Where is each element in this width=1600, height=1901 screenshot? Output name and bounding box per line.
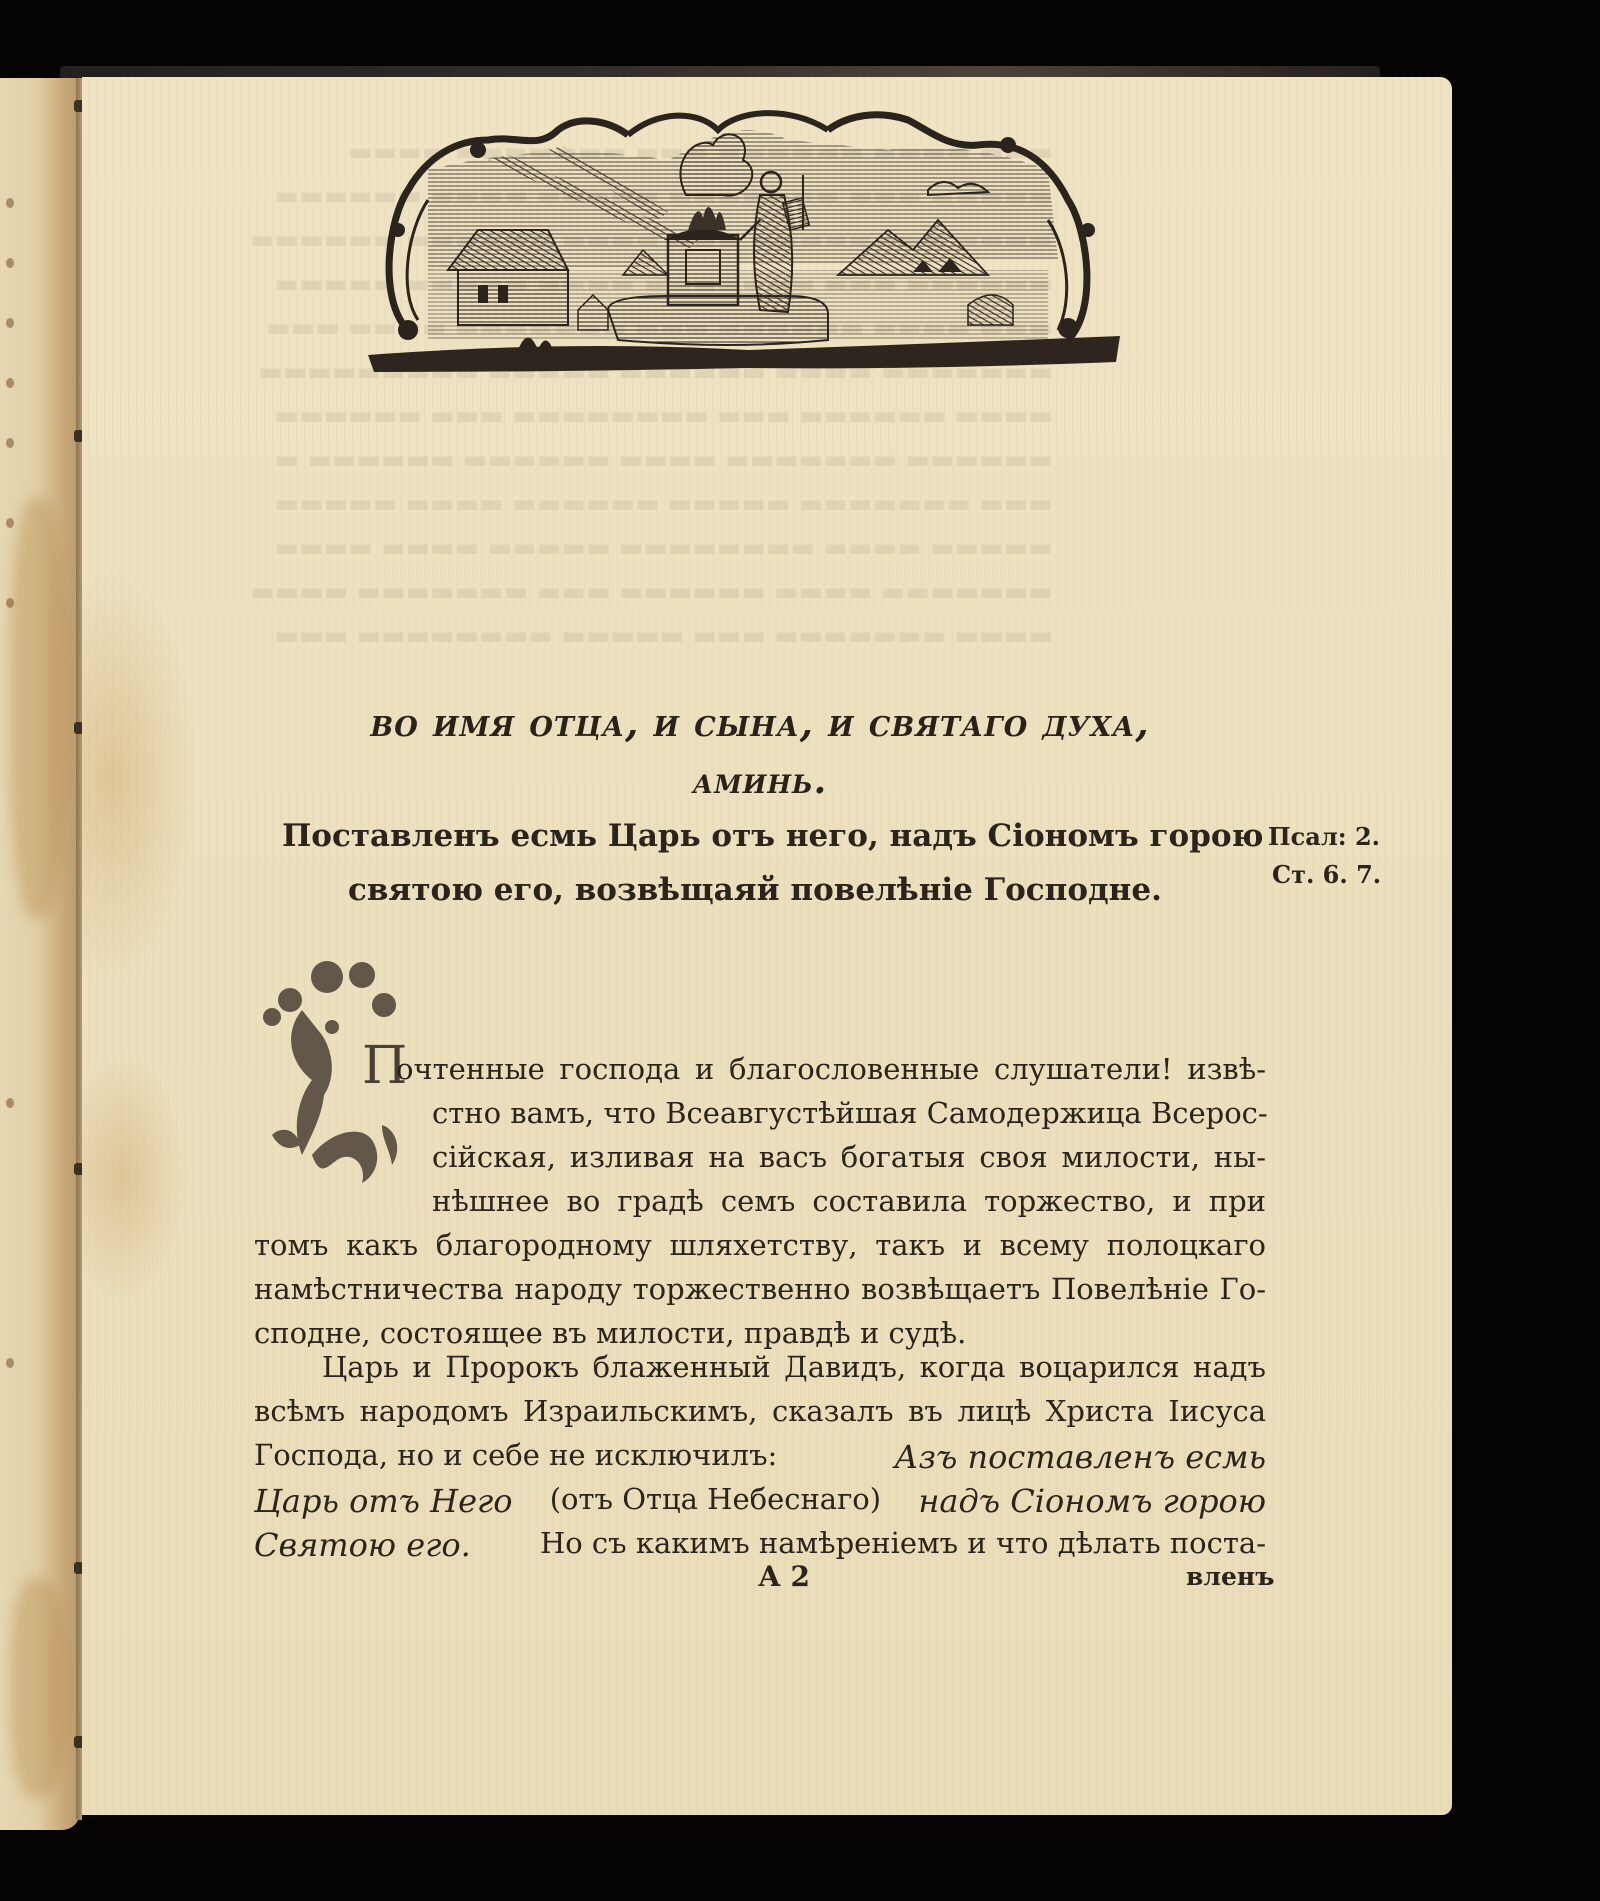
paragraph2-text: (отъ Отца Небеснаго) xyxy=(550,1482,881,1520)
signature-mark: А 2 xyxy=(758,1560,810,1593)
binding-hole xyxy=(6,258,14,268)
paragraph1-line: стно вамъ, что Всеавгустѣйшая Самодержиц… xyxy=(432,1096,1266,1130)
binding-hole xyxy=(6,378,14,388)
paragraph1-line: нѣшнее во градѣ семъ составила торжество… xyxy=(432,1184,1266,1218)
invocation-heading: во имя отца, и сына, и святаго духа, xyxy=(240,700,1280,745)
paragraph1-line: сійская, изливая на васъ богатыя своя ми… xyxy=(432,1140,1266,1174)
margin-note-verse: Ст. 6. 7. xyxy=(1272,860,1381,889)
binding-hole xyxy=(6,598,14,608)
water-stain xyxy=(10,498,65,918)
scripture-quote: Святою его. xyxy=(254,1526,471,1564)
paragraph2-text: Но съ какимъ намѣреніемъ и что дѣлать по… xyxy=(540,1526,1266,1564)
binding-hole xyxy=(6,1358,14,1368)
paragraph2-line: Святою его. Но съ какимъ намѣреніемъ и ч… xyxy=(254,1526,1266,1564)
binding-hole xyxy=(6,198,14,208)
left-page-edge xyxy=(0,78,80,1830)
epigraph-line-1: Поставленъ есмь Царь отъ него, надъ Сіон… xyxy=(282,818,1252,854)
catchword: вленъ xyxy=(1186,1562,1274,1591)
scripture-quote: Азъ поставленъ есмь xyxy=(894,1438,1266,1476)
margin-note-psalm: Псал: 2. xyxy=(1268,822,1380,851)
binding-hole xyxy=(6,518,14,528)
paragraph2-line: Царь и Пророкъ блаженный Давидъ, когда в… xyxy=(322,1350,1266,1384)
scripture-quote: надъ Сіономъ горою xyxy=(918,1482,1266,1520)
paragraph1-line: очтенные господа и благословенные слушат… xyxy=(396,1052,1266,1086)
invocation-amen: аминь. xyxy=(240,760,1280,802)
binding-hole xyxy=(6,1098,14,1108)
paragraph2-line: Господа, но и себе не исключилъ: Азъ пос… xyxy=(254,1438,1266,1476)
woodcut-vignette-icon xyxy=(368,100,1120,376)
binding-hole xyxy=(6,438,14,448)
scripture-quote: Царь отъ Него xyxy=(254,1482,512,1520)
paragraph2-text: Господа, но и себе не исключилъ: xyxy=(254,1438,777,1476)
binding-hole xyxy=(6,318,14,328)
paragraph1-line: намѣстничества народу торжественно возвѣ… xyxy=(254,1272,1266,1306)
paragraph1-line: сподне, состоящее въ милости, правдѣ и с… xyxy=(254,1316,966,1350)
epigraph-line-2: святою его, возвѣщаяй повелѣніе Господне… xyxy=(348,872,1162,908)
paragraph2-line: Царь отъ Него (отъ Отца Небеснаго) надъ … xyxy=(254,1482,1266,1520)
paragraph1-line: томъ какъ благородному шляхетству, такъ … xyxy=(254,1228,1266,1262)
paragraph2-line: всѣмъ народомъ Израильскимъ, сказалъ въ … xyxy=(254,1394,1266,1428)
water-stain xyxy=(10,1578,65,1798)
